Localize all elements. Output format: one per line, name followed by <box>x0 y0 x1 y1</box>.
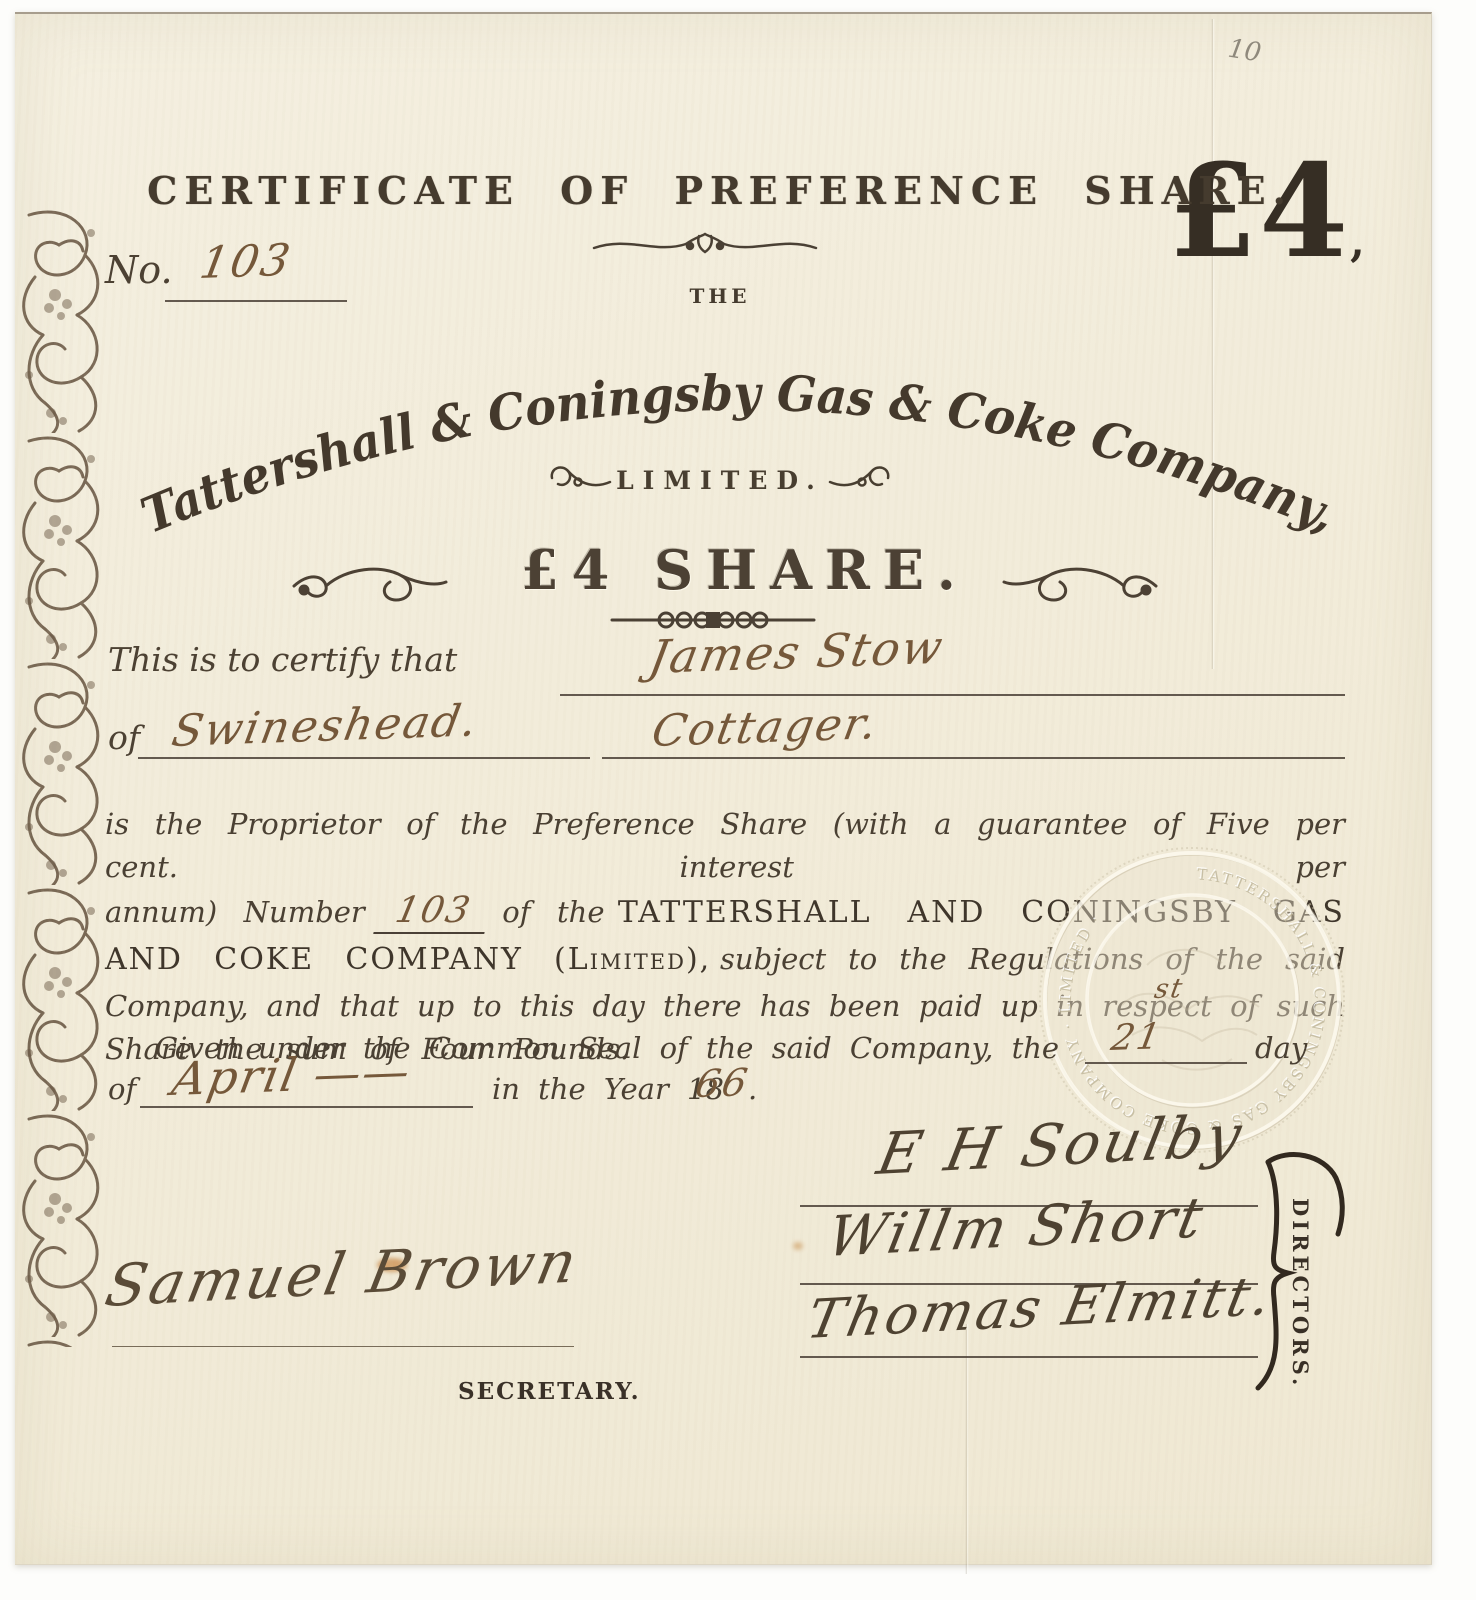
company-caps-2: AND COKE COMPANY (Limited), <box>105 942 711 977</box>
occupation-underline <box>602 757 1345 759</box>
of-label: of <box>108 718 140 757</box>
of-label-2: of <box>108 1072 136 1106</box>
year-period: . <box>748 1072 757 1106</box>
holder-name-underline <box>560 694 1345 696</box>
fold-crease-bottom <box>965 1324 969 1574</box>
title-flourish-icon <box>590 228 820 260</box>
share-flourish-right-icon <box>1000 556 1160 608</box>
certificate-scan: 10 £4, CERTIFICATE OF PREFERENCE SHARE. … <box>0 0 1476 1600</box>
secretary-label: SECRETARY. <box>458 1378 641 1405</box>
occupation-handwritten: Cottager. <box>648 698 883 757</box>
month-underline <box>140 1106 473 1108</box>
limited-label: LIMITED. <box>95 466 1345 495</box>
directors-label: DIRECTORS. <box>1288 1198 1313 1368</box>
svg-text:Tattershall & Coningsby Gas &: Tattershall & Coningsby Gas & Coke Compa… <box>133 364 1344 545</box>
denomination-mark: , <box>1350 217 1367 266</box>
year-handwritten: 66 <box>692 1060 753 1106</box>
share-number-handwritten: 103 <box>373 889 493 934</box>
company-name-text: Tattershall & Coningsby Gas & Coke Compa… <box>133 364 1344 545</box>
share-flourish-left-icon <box>290 556 450 608</box>
pencil-note: 10 <box>1226 34 1263 69</box>
year-printed: in the Year 18 <box>492 1072 724 1106</box>
director-signature-3-underline <box>800 1356 1258 1358</box>
residence-underline <box>138 757 590 759</box>
day-suffix-handwritten: st <box>1152 973 1186 1005</box>
holder-name-handwritten: James Stow <box>645 620 949 684</box>
limited-flourish-right-icon <box>828 462 892 498</box>
month-handwritten: April —— <box>168 1044 416 1106</box>
certify-label: This is to certify that <box>108 640 457 679</box>
body-line2-pre: annum) Number <box>105 895 365 929</box>
number-value-handwritten: 103 <box>196 235 296 289</box>
body-line2-mid: of the <box>502 895 604 929</box>
certificate-title: CERTIFICATE OF PREFERENCE SHARE. <box>95 168 1345 213</box>
day-handwritten: 21 <box>1108 1016 1165 1059</box>
rust-speck <box>793 1242 803 1250</box>
limited-flourish-left-icon <box>548 462 612 498</box>
day-label: day <box>1255 1031 1307 1065</box>
day-underline <box>1085 1062 1247 1064</box>
secretary-signature-underline <box>112 1346 574 1347</box>
